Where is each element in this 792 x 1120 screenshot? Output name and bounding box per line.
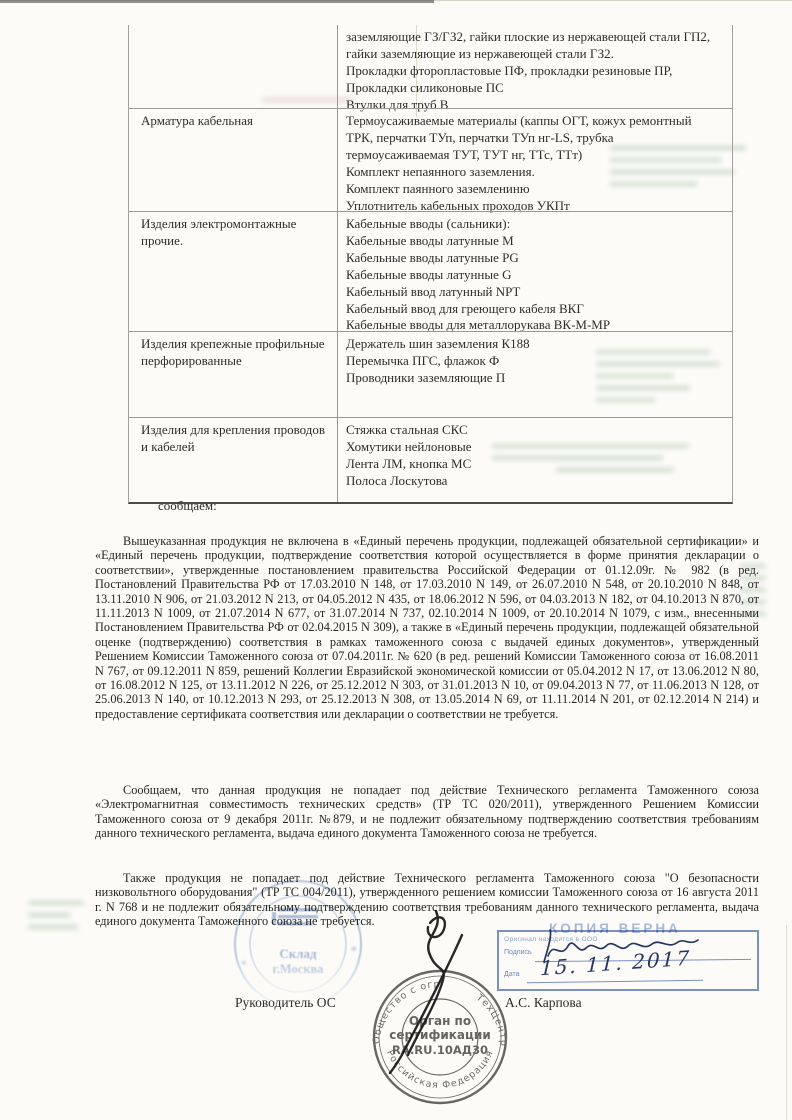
product-table: заземляющие ГЗ/ГЗ2, гайки плоские из нер…: [128, 25, 733, 504]
asterisk-icon: ✳: [240, 958, 248, 968]
category-cell: Изделия крепежные профильные перфорирова…: [129, 331, 337, 417]
item-line: Кабельные вводы латунные PG: [346, 250, 726, 267]
item-line: Прокладки фторопластовые ПФ, прокладки р…: [346, 63, 726, 80]
item-line: Хомутики нейлоновые: [346, 439, 726, 456]
scanned-document-page: заземляющие ГЗ/ГЗ2, гайки плоские из нер…: [0, 0, 792, 1120]
body-paragraph-2: Сообщаем, что данная продукция не попада…: [95, 783, 759, 841]
item-line: термоусаживаемая ТУТ, ТУТ нг, ТТс, ТТт): [346, 147, 726, 164]
note-label: сообщаем:: [158, 498, 217, 514]
item-line: Прокладки силиконовые ПС: [346, 80, 726, 97]
item-line: Комплект непаянного заземления.: [346, 164, 726, 181]
item-line: Кабельный ввод для греющего кабеля ВКГ: [346, 301, 726, 318]
item-line: Комплект паянного заземлениню: [346, 181, 726, 198]
warehouse-stamp-line1: Склад: [279, 946, 317, 961]
item-line: Держатель шин заземления К188: [346, 336, 726, 353]
item-line: Проводники заземляющие П: [346, 370, 726, 387]
body-paragraph-1: Вышеуказанная продукция не включена в «Е…: [95, 534, 759, 721]
item-line: Стяжка стальная СКС: [346, 422, 726, 439]
scan-edge-right: [786, 925, 787, 1120]
signature-label: Подпись: [504, 949, 532, 956]
items-cell: Стяжка стальная СКС Хомутики нейлоновые …: [337, 417, 732, 502]
item-line: Кабельный ввод латунный NPT: [346, 284, 726, 301]
items-cell: Кабельные вводы (сальники): Кабельные вв…: [337, 211, 732, 331]
item-line: гайки заземляющие из нержавеющей стали Г…: [346, 46, 726, 63]
item-line: заземляющие ГЗ/ГЗ2, гайки плоские из нер…: [346, 29, 726, 46]
category-cell: Изделия для крепления проводов и кабелей: [129, 417, 337, 502]
item-line: Кабельные вводы латунные G: [346, 267, 726, 284]
item-line: ТРК, перчатки ТУп, перчатки ТУп нг-LS, т…: [346, 130, 726, 147]
items-cell: заземляющие ГЗ/ГЗ2, гайки плоские из нер…: [337, 25, 732, 108]
item-line: Перемычка ПГС, флажок Ф: [346, 353, 726, 370]
warehouse-stamp-line2: г.Москва: [272, 962, 324, 976]
item-line: Лента ЛМ, кнопка МС: [346, 456, 726, 473]
item-line: Кабельные вводы латунные М: [346, 233, 726, 250]
item-line: Полоса Лоскутова: [346, 473, 726, 490]
item-line: Кабельные вводы (сальники):: [346, 216, 726, 233]
category-cell: [129, 25, 337, 108]
category-cell: Изделия электромонтажные прочие.: [129, 211, 337, 331]
scan-edge-dark: [0, 0, 434, 3]
handwritten-signature: [372, 903, 494, 1085]
items-cell: Держатель шин заземления К188 Перемычка …: [337, 331, 732, 417]
date-label: Дата: [504, 971, 520, 978]
category-cell: Арматура кабельная: [129, 108, 337, 211]
bleed-through-artifact: [28, 893, 90, 937]
items-cell: Термоусаживаемые материалы (каппы ОГТ, к…: [337, 108, 732, 211]
warehouse-stamp-logo: [272, 908, 318, 925]
item-line: Термоусаживаемые материалы (каппы ОГТ, к…: [346, 113, 726, 130]
warehouse-stamp: Склад г.Москва ✳ ✳: [228, 874, 368, 1014]
